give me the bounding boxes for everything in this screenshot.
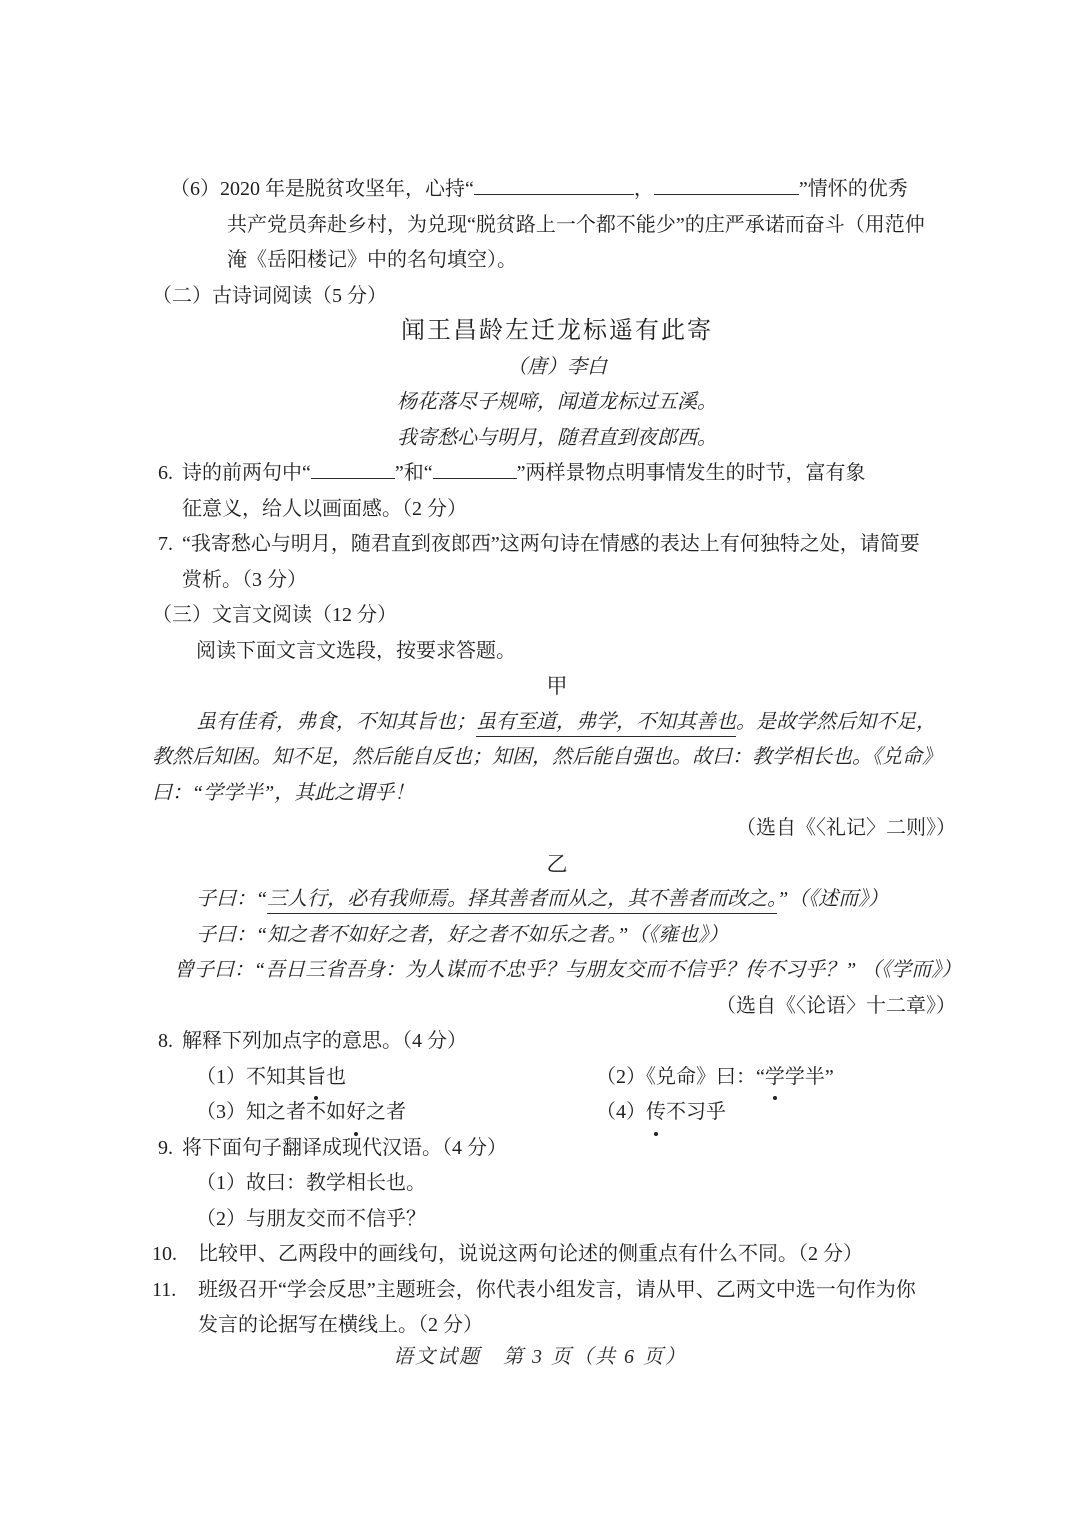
item6-line3: 淹《岳阳楼记》中的名句填空）。	[152, 243, 962, 279]
passage-yi-line1: 子曰：“三人行，必有我师焉。择其善者而从之，其不善者而改之。”（《述而》）	[152, 882, 962, 918]
passage-jia-line2: 教然后知困。知不足，然后能自反也；知困，然后能自强也。故曰：教学相长也。《兑命》	[152, 740, 962, 776]
q8-item4-pre: （4）	[596, 1101, 646, 1123]
question7-text: “我寄愁心与明月，随君直到夜郎西”这两句诗在情感的表达上有何独特之处，请简要	[182, 533, 920, 555]
section3-intro: 阅读下面文言文选段，按要求答题。	[152, 634, 962, 670]
q8-item1-pre: （1）不知其	[196, 1066, 306, 1088]
q8-item1-post: 也	[326, 1066, 346, 1088]
passage-jia-line3: 曰：“学学半”，其此之谓乎！	[152, 776, 962, 812]
item6-line1: （6）2020 年是脱贫攻坚年，心持“，”情怀的优秀	[152, 172, 962, 208]
question6-line2: 征意义，给人以画面感。（2 分）	[152, 492, 962, 528]
item6-number: （6）	[170, 178, 220, 200]
passage-yi-label: 乙	[152, 847, 962, 883]
question9-sub2: （2）与朋友交而不信乎？	[152, 1202, 962, 1238]
question8-item1: （1）不知其旨也	[152, 1060, 596, 1096]
question6-text-pre: 诗的前两句中“	[182, 462, 311, 484]
question9-sub1: （1）故曰：教学相长也。	[152, 1166, 962, 1202]
passage-yi-source: （选自《〈论语〉十二章》）	[152, 989, 962, 1025]
section2-header: （二）古诗词阅读（5 分）	[152, 279, 962, 315]
question9-number: 9.	[158, 1131, 182, 1167]
question6-text-mid: ”和“	[395, 462, 433, 484]
question7-line2: 赏析。（3 分）	[152, 563, 962, 599]
page-footer: 语文试题 第 3 页（共 6 页）	[0, 1340, 1080, 1369]
question8-items-row2: （3）知之者不如好之者 （4）传不习乎	[152, 1095, 962, 1131]
poem-line2: 我寄愁心与明月，随君直到夜郎西。	[152, 421, 962, 457]
q8-item3-pre: （3）知之者不如	[196, 1101, 346, 1123]
jia-underlined-clause: 虽有至道，弗学，不知其善也	[476, 711, 736, 737]
question8-item4: （4）传不习乎	[596, 1095, 962, 1131]
q8-item3-post: 之者	[366, 1101, 406, 1123]
section3-header: （三）文言文阅读（12 分）	[152, 598, 962, 634]
question8-stem: 8.解释下列加点字的意思。（4 分）	[152, 1024, 962, 1060]
passage-jia-line1: 虽有佳肴，弗食，不知其旨也；虽有至道，弗学，不知其善也。是故学然后知不足，	[152, 705, 962, 741]
question7-number: 7.	[158, 527, 182, 563]
yi-text-post: ”（《述而》）	[777, 888, 888, 910]
passage-yi-line2: 子曰：“知之者不如好之者，好之者不如乐之者。”（《雍也》）	[152, 918, 962, 954]
q8-item2-dotted-char: 学	[765, 1060, 785, 1096]
poem-title: 闻王昌龄左迁龙标遥有此寄	[152, 314, 962, 350]
q8-item2-pre: （2）《兑命》曰：“	[596, 1066, 765, 1088]
jia-text-post: 。是故学然后知不足，	[736, 711, 936, 733]
question10-number: 10.	[152, 1237, 198, 1273]
question11-line2: 发言的论据写在横线上。（2 分）	[152, 1308, 962, 1344]
poem-line1: 杨花落尽子规啼，闻道龙标过五溪。	[152, 385, 962, 421]
question8-items-row1: （1）不知其旨也 （2）《兑命》曰：“学学半”	[152, 1060, 962, 1096]
question8-text: 解释下列加点字的意思。（4 分）	[182, 1030, 467, 1052]
yi-text-pre: 子曰：“	[196, 888, 267, 910]
fill-blank-2	[654, 175, 799, 195]
item6-text-pre: 2020 年是脱贫攻坚年，心持“	[220, 178, 474, 200]
fill-blank-1	[474, 175, 634, 195]
question6-text-post: ”两样景物点明事情发生的时节，富有象	[517, 462, 866, 484]
question11-number: 11.	[152, 1273, 198, 1309]
q8-item4-post: 不习乎	[666, 1101, 726, 1123]
question8-number: 8.	[158, 1024, 182, 1060]
poem-author: （唐）李白	[152, 350, 962, 386]
exam-content: （6）2020 年是脱贫攻坚年，心持“，”情怀的优秀 共产党员奔赴乡村，为兑现“…	[152, 0, 962, 1344]
q8-item4-dotted-char: 传	[646, 1095, 666, 1131]
question11-line1: 11.班级召开“学会反思”主题班会，你代表小组发言，请从甲、乙两文中选一句作为你	[152, 1273, 962, 1309]
passage-jia-source: （选自《〈礼记〉二则》）	[152, 811, 962, 847]
q8-item3-dotted-char: 好	[346, 1095, 366, 1131]
passage-yi-line3: 曾子曰：“吾日三省吾身：为人谋而不忠乎？与朋友交而不信乎？传不习乎？” （《学而…	[152, 953, 962, 989]
question9-stem: 9.将下面句子翻译成现代汉语。（4 分）	[152, 1131, 962, 1167]
question7-line1: 7.“我寄愁心与明月，随君直到夜郎西”这两句诗在情感的表达上有何独特之处，请简要	[152, 527, 962, 563]
question8-item2: （2）《兑命》曰：“学学半”	[596, 1060, 962, 1096]
yi-underlined-clause: 三人行，必有我师焉。择其善者而从之，其不善者而改之。	[267, 888, 777, 914]
item6-text-post: ”情怀的优秀	[799, 178, 908, 200]
question6-number: 6.	[158, 456, 182, 492]
question6-line1: 6.诗的前两句中“”和“”两样景物点明事情发生的时节，富有象	[152, 456, 962, 492]
passage-jia-label: 甲	[152, 669, 962, 705]
item6-comma: ，	[634, 178, 654, 200]
question10-line: 10.比较甲、乙两段中的画线句，说说这两句论述的侧重点有什么不同。（2 分）	[152, 1237, 962, 1273]
item6-line2: 共产党员奔赴乡村，为兑现“脱贫路上一个都不能少”的庄严承诺而奋斗（用范仲	[152, 208, 962, 244]
question8-item3: （3）知之者不如好之者	[152, 1095, 596, 1131]
q8-item1-dotted-char: 旨	[306, 1060, 326, 1096]
q8-item2-post: 学半”	[785, 1066, 834, 1088]
question11-text: 班级召开“学会反思”主题班会，你代表小组发言，请从甲、乙两文中选一句作为你	[198, 1279, 916, 1301]
question10-text: 比较甲、乙两段中的画线句，说说这两句论述的侧重点有什么不同。（2 分）	[198, 1243, 863, 1265]
q6-blank-2	[433, 459, 517, 479]
question9-text: 将下面句子翻译成现代汉语。（4 分）	[182, 1137, 507, 1159]
q6-blank-1	[311, 459, 395, 479]
jia-text-pre: 虽有佳肴，弗食，不知其旨也；	[196, 711, 476, 733]
exam-paper-page: （6）2020 年是脱贫攻坚年，心持“，”情怀的优秀 共产党员奔赴乡村，为兑现“…	[0, 0, 1080, 1527]
